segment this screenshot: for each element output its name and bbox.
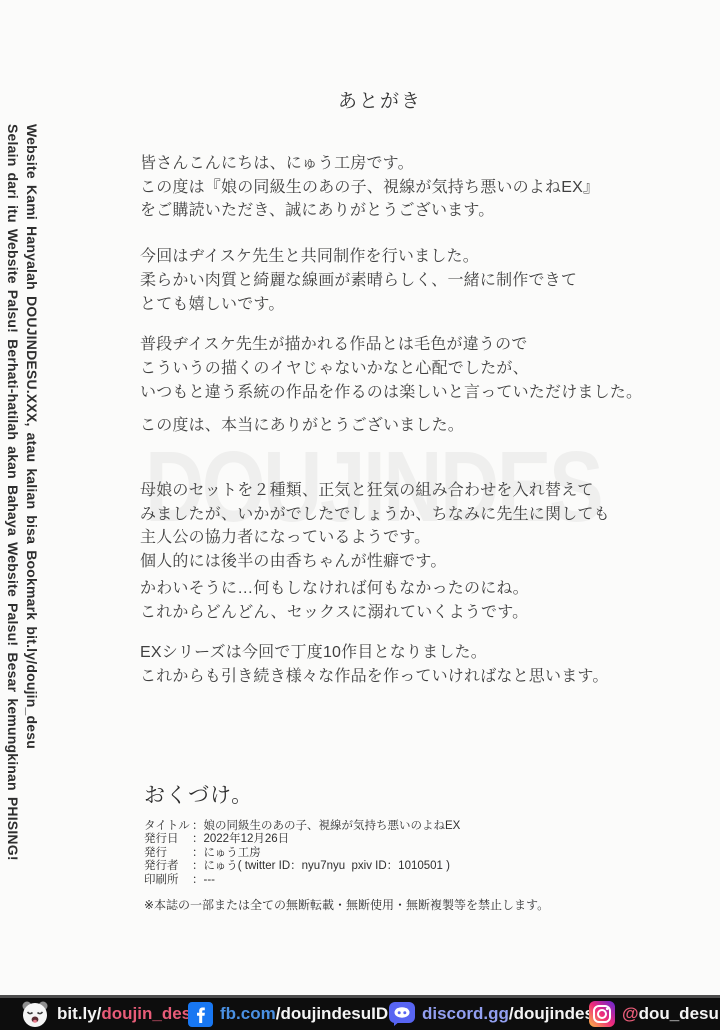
text-line: 皆さんこんにちは、にゅう工房です。 — [140, 155, 414, 172]
text-line: とても嬉しいです。 — [140, 296, 285, 313]
colophon-label: 発行者 — [144, 860, 192, 873]
text-line: 主人公の協力者になっているようです。 — [140, 529, 430, 546]
side-watermark-line-2: Selain dari itu Website Palsu! Berhati-h… — [5, 124, 21, 861]
afterword-body: 皆さんこんにちは、にゅう工房です。 この度は『娘の同級生のあの子、視線が気持ち悪… — [140, 152, 680, 689]
text-line: この度は『娘の同級生のあの子、視線が気持ち悪いのよねEX』 — [140, 179, 599, 196]
text-line: みましたが、いかがでしたでしょうか、ちなみに先生に関しても — [140, 506, 610, 523]
colophon-value: 娘の同級生のあの子、視線が気持ち悪いのよねEX — [204, 820, 461, 833]
link-text-bitly-handle: doujin_desu — [101, 1004, 201, 1023]
text-line: これからどんどん、セックスに溺れていくようです。 — [140, 604, 528, 621]
side-watermark: Website Kami Hanyalah DOUJINDESU.XXX, at… — [3, 124, 41, 861]
colophon-separator: ： — [192, 820, 204, 833]
colophon-value: 2022年12月26日 — [204, 833, 290, 846]
panda-mascot-icon — [20, 999, 50, 1029]
colophon-value: にゅう工房 — [204, 847, 261, 860]
afterword-paragraph: 皆さんこんにちは、にゅう工房です。 この度は『娘の同級生のあの子、視線が気持ち悪… — [140, 152, 680, 223]
colophon-separator: ： — [192, 833, 204, 846]
link-text-instagram-at: @ — [622, 1004, 639, 1023]
footer-link-bitly[interactable]: bit.ly/doujin_desu — [20, 998, 202, 1030]
text-line: いつもと違う系統の作品を作るのは楽しいと言っていただけました。 — [140, 384, 642, 401]
text-line: これからも引き続き様々な作品を作っていければなと思います。 — [140, 668, 609, 685]
colophon-row: 発行者 ： にゅう( twitter ID：nyu7nyu pxiv ID：10… — [144, 860, 549, 873]
copyright-note: ※本誌の一部または全ての無断転載・無断使用・無断複製等を禁止します。 — [144, 896, 549, 913]
colophon-value: --- — [204, 874, 216, 887]
text-line: 普段ヂイスケ先生が描かれる作品とは毛色が違うので — [140, 336, 528, 353]
footer-link-facebook[interactable]: fb.com/doujindesuID — [188, 998, 388, 1030]
discord-icon — [389, 1001, 415, 1027]
afterword-paragraph: EXシリーズは今回で丁度10作目となりました。 これからも引き続き様々な作品を作… — [140, 641, 680, 688]
link-text-facebook-handle: /doujindesuID — [276, 1004, 388, 1023]
colophon-value: にゅう( twitter ID：nyu7nyu pxiv ID：1010501 … — [204, 860, 450, 873]
text-line: 個人的には後半の由香ちゃんが性癖です。 — [140, 553, 447, 570]
text-line: をご購読いただき、誠にありがとうございます。 — [140, 202, 494, 219]
afterword-paragraph: 今回はヂイスケ先生と共同制作を行いました。 柔らかい肉質と綺麗な線画が素晴らしく… — [140, 245, 680, 316]
link-text-instagram-handle: dou_desu — [639, 1004, 719, 1023]
afterword-paragraph: この度は、本当にありがとうございました。 — [140, 414, 680, 438]
text-line: こういうの描くのイヤじゃないかなと心配でしたが、 — [140, 360, 529, 377]
footer-bar: bit.ly/doujin_desu fb.com/doujindesuID — [0, 995, 720, 1030]
link-text-facebook-domain: fb.com — [220, 1004, 276, 1023]
side-watermark-line-1: Website Kami Hanyalah DOUJINDESU.XXX, at… — [24, 124, 40, 749]
text-line: 母娘のセットを２種類、正気と狂気の組み合わせを入れ替えて — [140, 482, 594, 499]
link-text-discord-domain: discord.gg — [422, 1004, 509, 1023]
colophon-row: 発行日 ： 2022年12月26日 — [144, 833, 549, 846]
page-title: あとがき — [140, 86, 620, 113]
footer-link-instagram[interactable]: @dou_desu — [589, 998, 719, 1030]
colophon-title: おくづけ。 — [144, 779, 549, 809]
colophon-separator: ： — [192, 847, 204, 860]
text-line: EXシリーズは今回で丁度10作目となりました。 — [140, 644, 487, 661]
colophon-row: 印刷所 ： --- — [144, 874, 549, 887]
afterword-paragraph: 母娘のセットを２種類、正気と狂気の組み合わせを入れ替えて みましたが、いかがでし… — [140, 479, 680, 574]
colophon: おくづけ。 タイトル ： 娘の同級生のあの子、視線が気持ち悪いのよねEX 発行日… — [144, 779, 549, 913]
text-line: 柔らかい肉質と綺麗な線画が素晴らしく、一緒に制作できて — [140, 272, 577, 289]
colophon-label: 印刷所 — [144, 874, 192, 887]
colophon-separator: ： — [192, 860, 204, 873]
afterword-paragraph: かわいそうに…何もしなければ何もなかったのにね。 これからどんどん、セックスに溺… — [140, 577, 680, 624]
afterword-paragraph: 普段ヂイスケ先生が描かれる作品とは毛色が違うので こういうの描くのイヤじゃないか… — [140, 333, 680, 404]
text-line: この度は、本当にありがとうございました。 — [140, 417, 464, 434]
colophon-row: 発行 ： にゅう工房 — [144, 847, 549, 860]
colophon-label: タイトル — [144, 820, 192, 833]
instagram-icon — [589, 1001, 615, 1027]
footer-link-discord[interactable]: discord.gg/doujindesu — [389, 998, 604, 1030]
colophon-label: 発行日 — [144, 833, 192, 846]
facebook-icon — [188, 1002, 213, 1027]
link-text-bitly-prefix: bit.ly/ — [57, 1004, 101, 1023]
text-line: かわいそうに…何もしなければ何もなかったのにね。 — [140, 580, 529, 597]
text-line: 今回はヂイスケ先生と共同制作を行いました。 — [140, 248, 479, 265]
colophon-row: タイトル ： 娘の同級生のあの子、視線が気持ち悪いのよねEX — [144, 820, 549, 833]
colophon-separator: ： — [192, 874, 204, 887]
colophon-label: 発行 — [144, 847, 192, 860]
afterword-page: Website Kami Hanyalah DOUJINDESU.XXX, at… — [0, 0, 720, 1030]
